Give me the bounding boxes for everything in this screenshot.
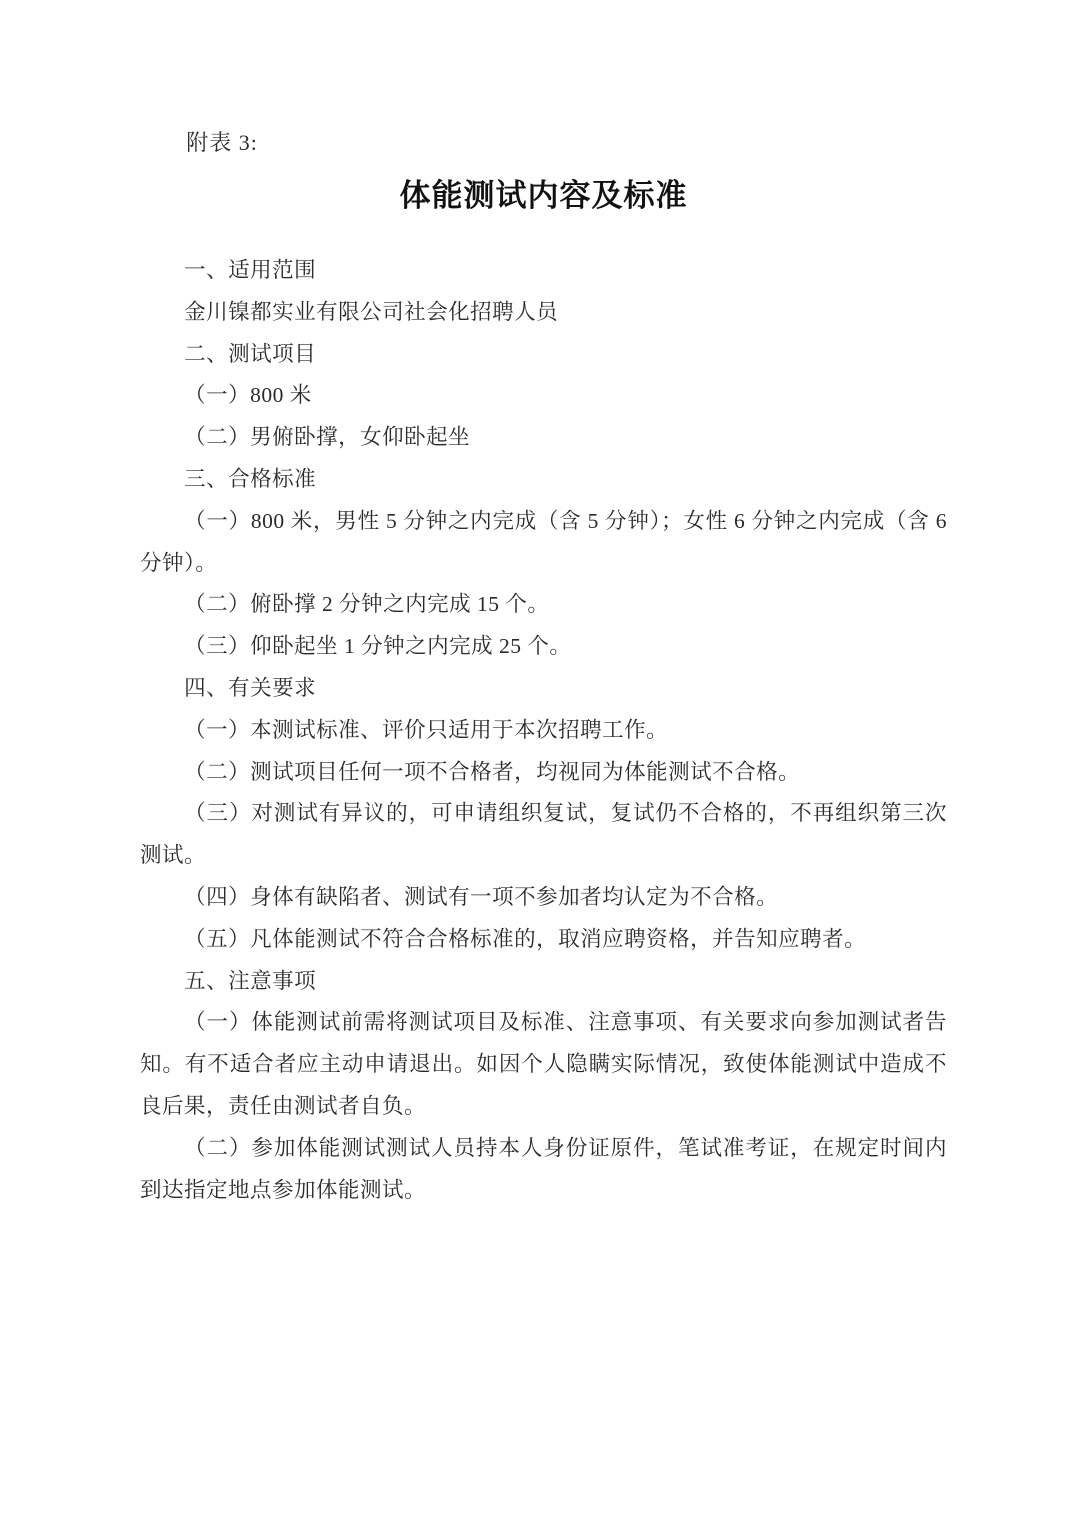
paragraph: 一、适用范围 (140, 250, 947, 292)
attachment-label: 附表 3: (140, 128, 947, 158)
paragraph: （五）凡体能测试不符合合格标准的，取消应聘资格，并告知应聘者。 (140, 919, 947, 961)
paragraph: 五、注意事项 (140, 961, 947, 1003)
paragraph: （一）800 米，男性 5 分钟之内完成（含 5 分钟）；女性 6 分钟之内完成… (140, 501, 947, 585)
document-content: 附表 3: 体能测试内容及标准 一、适用范围金川镍都实业有限公司社会化招聘人员二… (140, 128, 947, 1211)
paragraph: （三）对测试有异议的，可申请组织复试，复试仍不合格的，不再组织第三次测试。 (140, 793, 947, 877)
paragraph: （二）男俯卧撑，女仰卧起坐 (140, 417, 947, 459)
document-page: 附表 3: 体能测试内容及标准 一、适用范围金川镍都实业有限公司社会化招聘人员二… (0, 0, 1080, 1528)
paragraph: （三）仰卧起坐 1 分钟之内完成 25 个。 (140, 626, 947, 668)
paragraph: （一）800 米 (140, 375, 947, 417)
paragraph: 三、合格标准 (140, 459, 947, 501)
paragraph: （二）参加体能测试测试人员持本人身份证原件，笔试准考证，在规定时间内到达指定地点… (140, 1128, 947, 1212)
paragraph: （二）测试项目任何一项不合格者，均视同为体能测试不合格。 (140, 752, 947, 794)
paragraph: （四）身体有缺陷者、测试有一项不参加者均认定为不合格。 (140, 877, 947, 919)
paragraph: 四、有关要求 (140, 668, 947, 710)
paragraph: 二、测试项目 (140, 334, 947, 376)
paragraph: （一）本测试标准、评价只适用于本次招聘工作。 (140, 710, 947, 752)
paragraph: （一）体能测试前需将测试项目及标准、注意事项、有关要求向参加测试者告知。有不适合… (140, 1002, 947, 1127)
paragraph: （二）俯卧撑 2 分钟之内完成 15 个。 (140, 584, 947, 626)
paragraph: 金川镍都实业有限公司社会化招聘人员 (140, 292, 947, 334)
document-title: 体能测试内容及标准 (140, 174, 947, 218)
document-body: 一、适用范围金川镍都实业有限公司社会化招聘人员二、测试项目（一）800 米（二）… (140, 250, 947, 1211)
